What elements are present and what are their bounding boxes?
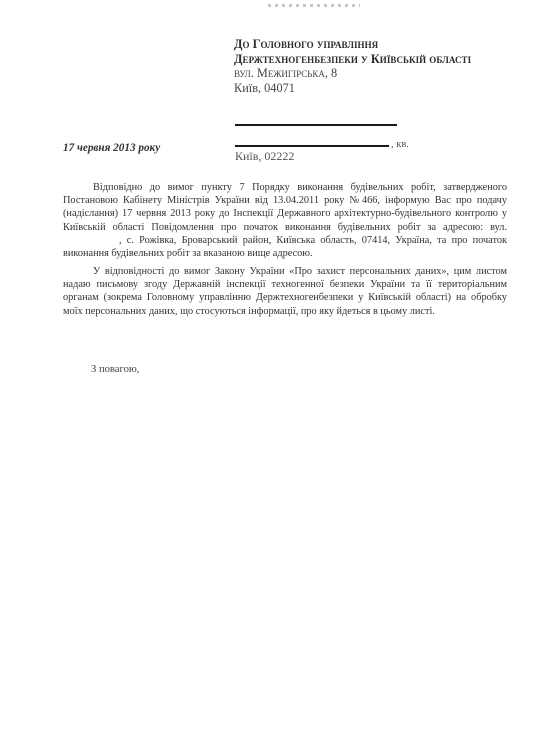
sender-city: Київ, 02222 bbox=[235, 149, 409, 164]
sender-apartment-label: , кв. bbox=[391, 140, 409, 150]
recipient-city: Київ, 04071 bbox=[234, 81, 471, 96]
recipient-line-2: Держтехногенбезпеки у Київській області bbox=[234, 52, 471, 67]
sender-name-blank-line bbox=[235, 124, 397, 126]
sender-block: , кв. Київ, 02222 bbox=[235, 124, 409, 164]
scan-artifact bbox=[268, 4, 360, 7]
recipient-line-1: До Головного управління bbox=[234, 37, 471, 52]
closing: З повагою, bbox=[91, 364, 139, 375]
paragraph-2: У відповідності до вимог Закону України … bbox=[63, 265, 507, 318]
letter-page: До Головного управління Держтехногенбезп… bbox=[0, 0, 545, 750]
paragraph-1-text-b: , с. Рожівка, Броварський район, Київськ… bbox=[63, 235, 507, 259]
recipient-block: До Головного управління Держтехногенбезп… bbox=[234, 37, 471, 95]
sender-address-blank-line bbox=[235, 145, 389, 147]
paragraph-2-text: У відповідності до вимог Закону України … bbox=[63, 265, 507, 318]
paragraph-1-text-a: Відповідно до вимог пункту 7 Порядку вик… bbox=[63, 182, 507, 233]
recipient-street: вул. Межигірська, 8 bbox=[234, 66, 471, 81]
paragraph-1: Відповідно до вимог пункту 7 Порядку вик… bbox=[63, 181, 507, 260]
letter-date: 17 червня 2013 року bbox=[63, 142, 160, 154]
